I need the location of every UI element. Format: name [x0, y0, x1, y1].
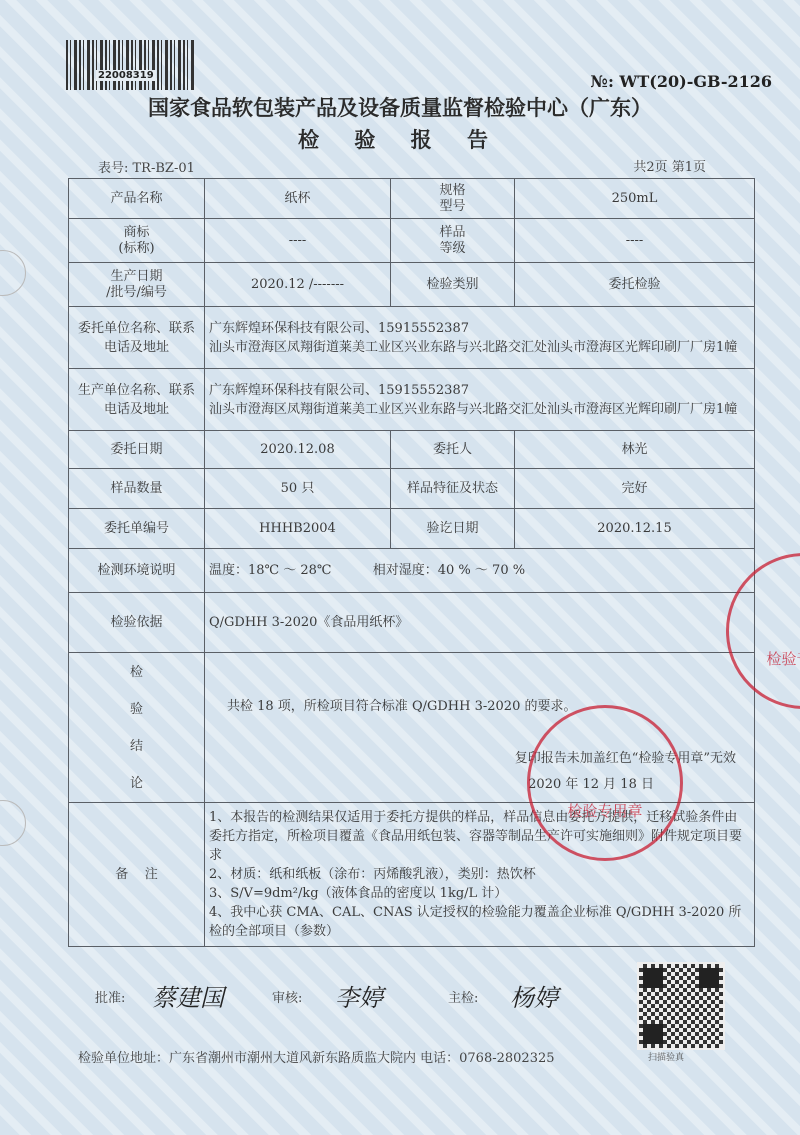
conclusion-char: 验 — [73, 700, 200, 719]
producer-name-phone: 广东辉煌环保科技有限公司、15915552387 — [209, 381, 750, 400]
approve-label: 批准: — [95, 987, 125, 1006]
value-inspection-type: 委托检验 — [515, 263, 755, 307]
document-title: 检 验 报 告 — [0, 124, 800, 154]
label-commission-date: 委托日期 — [69, 431, 205, 469]
value-production-date: 2020.12 /------- — [205, 263, 391, 307]
punch-hole — [0, 800, 26, 846]
barcode-number: 22008319 — [96, 70, 156, 81]
remark-item: 2、材质：纸和纸板（涂布：丙烯酸乳液），类别：热饮杯 — [209, 865, 750, 884]
inspector-label: 主检: — [448, 987, 478, 1006]
value-grade: ---- — [515, 219, 755, 263]
label-basis: 检验依据 — [69, 593, 205, 653]
conclusion-char: 检 — [73, 663, 200, 682]
table-row: 商标 (标称) ---- 样品 等级 ---- — [69, 219, 755, 263]
table-row: 检测环境说明 温度：18℃ ～ 28℃ 相对湿度：40 % ～ 70 % — [69, 549, 755, 593]
table-row: 产品名称 纸杯 规格 型号 250mL — [69, 179, 755, 219]
table-row: 委托单位名称、联系电话及地址 广东辉煌环保科技有限公司、15915552387 … — [69, 307, 755, 369]
label-client-person: 委托人 — [391, 431, 515, 469]
label-conclusion: 检 验 结 论 — [69, 653, 205, 803]
label-sample-state: 样品特征及状态 — [391, 469, 515, 509]
value-basis: Q/GDHH 3-2020《食品用纸杯》 — [205, 593, 755, 653]
footer-address: 检验单位地址：广东省潮州市潮州大道风新东路质监大院内 电话：0768-28023… — [78, 1047, 555, 1066]
barcode — [66, 40, 194, 90]
official-stamp: 检验专用章 — [527, 705, 683, 861]
label-client: 委托单位名称、联系电话及地址 — [69, 307, 205, 369]
approve-signature: 蔡建国 — [152, 978, 224, 1013]
table-row: 委托日期 2020.12.08 委托人 林光 — [69, 431, 755, 469]
conclusion-char: 结 — [73, 737, 200, 756]
value-commission-date: 2020.12.08 — [205, 431, 391, 469]
organization-title: 国家食品软包装产品及设备质量监督检验中心（广东） — [0, 92, 800, 122]
table-row: 委托单编号 HHHB2004 验讫日期 2020.12.15 — [69, 509, 755, 549]
value-order-no: HHHB2004 — [205, 509, 391, 549]
qr-label: 扫描验真 — [648, 1050, 684, 1063]
page-info: 共2页 第1页 — [633, 156, 706, 175]
value-producer: 广东辉煌环保科技有限公司、15915552387 汕头市澄海区凤翔街道莱美工业区… — [205, 369, 755, 431]
label-grade: 样品 等级 — [391, 219, 515, 263]
value-trademark: ---- — [205, 219, 391, 263]
label-producer: 生产单位名称、联系电话及地址 — [69, 369, 205, 431]
label-spec: 规格 型号 — [391, 179, 515, 219]
value-environment: 温度：18℃ ～ 28℃ 相对湿度：40 % ～ 70 % — [205, 549, 755, 593]
label-order-no: 委托单编号 — [69, 509, 205, 549]
value-product-name: 纸杯 — [205, 179, 391, 219]
label-inspection-type: 检验类别 — [391, 263, 515, 307]
value-sample-qty: 50 只 — [205, 469, 391, 509]
value-spec: 250mL — [515, 179, 755, 219]
stamp-label: 检验专用章 — [530, 800, 680, 821]
value-remarks: 1、本报告的检测结果仅适用于委托方提供的样品，样品信息由委托方提供，迁移试验条件… — [205, 803, 755, 947]
client-address: 汕头市澄海区凤翔街道莱美工业区兴业东路与兴北路交汇处汕头市澄海区光辉印刷厂厂房1… — [209, 338, 750, 357]
client-name-phone: 广东辉煌环保科技有限公司、15915552387 — [209, 319, 750, 338]
label-trademark: 商标 (标称) — [69, 219, 205, 263]
remark-item: 3、S/V=9dm²/kg（液体食品的密度以 1kg/L 计） — [209, 884, 750, 903]
label-production-date: 生产日期 /批号/编号 — [69, 263, 205, 307]
label-environment: 检测环境说明 — [69, 549, 205, 593]
label-remarks: 备 注 — [69, 803, 205, 947]
review-signature: 李婷 — [335, 978, 383, 1013]
table-row: 样品数量 50 只 样品特征及状态 完好 — [69, 469, 755, 509]
value-sample-state: 完好 — [515, 469, 755, 509]
form-number: 表号: TR-BZ-01 — [98, 157, 195, 176]
label-product-name: 产品名称 — [69, 179, 205, 219]
qr-code[interactable] — [637, 962, 725, 1050]
punch-hole — [0, 250, 26, 296]
label-sample-qty: 样品数量 — [69, 469, 205, 509]
conclusion-char: 论 — [73, 774, 200, 793]
conclusion-text: 共检 18 项，所检项目符合标准 Q/GDHH 3-2020 的要求。 — [227, 697, 576, 716]
remark-item: 4、我中心获 CMA、CAL、CNAS 认定授权的检验能力覆盖企业标准 Q/GD… — [209, 903, 750, 941]
producer-address: 汕头市澄海区凤翔街道莱美工业区兴业东路与兴北路交汇处汕头市澄海区光辉印刷厂厂房1… — [209, 400, 750, 419]
table-row: 检验依据 Q/GDHH 3-2020《食品用纸杯》 — [69, 593, 755, 653]
value-client-person: 林光 — [515, 431, 755, 469]
review-label: 审核: — [272, 987, 302, 1006]
table-row: 生产日期 /批号/编号 2020.12 /------- 检验类别 委托检验 — [69, 263, 755, 307]
inspector-signature: 杨婷 — [510, 978, 558, 1013]
value-client: 广东辉煌环保科技有限公司、15915552387 汕头市澄海区凤翔街道莱美工业区… — [205, 307, 755, 369]
stamp-label: 检验专用章 — [729, 648, 800, 669]
value-complete-date: 2020.12.15 — [515, 509, 755, 549]
report-number: №: WT(20)-GB-2126 — [591, 72, 772, 91]
label-complete-date: 验讫日期 — [391, 509, 515, 549]
table-row: 生产单位名称、联系电话及地址 广东辉煌环保科技有限公司、15915552387 … — [69, 369, 755, 431]
